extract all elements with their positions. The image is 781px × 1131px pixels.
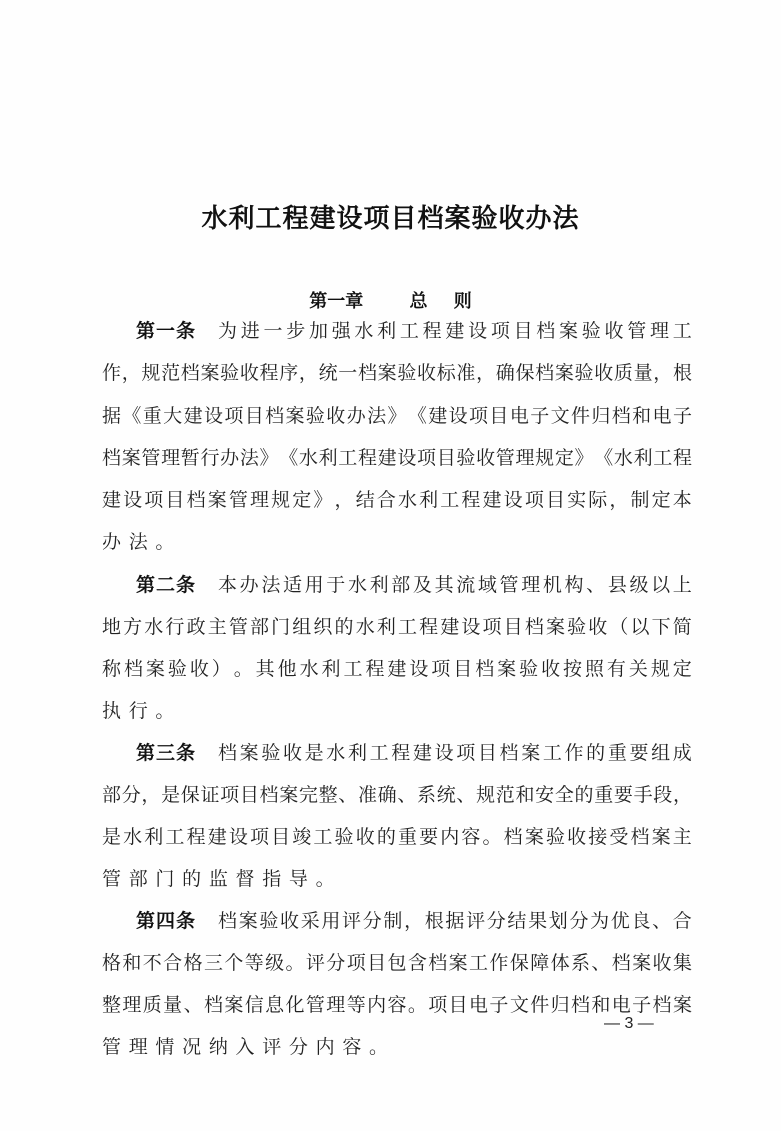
article-line: 执行。 <box>102 696 692 726</box>
article-line: 部分，是保证项目档案完整、准确、系统、规范和安全的重要手段， <box>102 780 692 810</box>
chapter-number: 第一章 <box>309 287 363 313</box>
article-label: 第四条 <box>136 906 196 936</box>
article-line: 第四条档案验收采用评分制，根据评分结果划分为优良、合 <box>136 906 692 936</box>
document-title: 水利工程建设项目档案验收办法 <box>0 198 781 235</box>
article-label: 第三条 <box>136 738 196 768</box>
article-line: 建设项目档案管理规定》，结合水利工程建设项目实际，制定本 <box>102 485 692 515</box>
article-line: 管部门的监督指导。 <box>102 864 692 894</box>
article-line: 第三条档案验收是水利工程建设项目档案工作的重要组成 <box>136 738 692 768</box>
chapter-heading: 第一章 总 则 <box>0 287 781 313</box>
article-line: 管理情况纳入评分内容。 <box>102 1032 692 1062</box>
article-line: 格和不合格三个等级。评分项目包含档案工作保障体系、档案收集 <box>102 948 692 978</box>
article-line: 第二条本办法适用于水利部及其流域管理机构、县级以上 <box>136 570 692 600</box>
article-line: 地方水行政主管部门组织的水利工程建设项目档案验收（以下简 <box>102 612 692 642</box>
chapter-name-1: 总 <box>410 287 428 313</box>
article-line: 是水利工程建设项目竣工验收的重要内容。档案验收接受档案主 <box>102 822 692 852</box>
article-line: 办法。 <box>102 527 692 557</box>
article-label: 第二条 <box>136 570 196 600</box>
document-page: 水利工程建设项目档案验收办法 第一章 总 则 第一条为进一步加强水利工程建设项目… <box>0 0 781 1131</box>
article-line: 称档案验收）。其他水利工程建设项目档案验收按照有关规定 <box>102 654 692 684</box>
article-line: 档案管理暂行办法》《水利工程建设项目验收管理规定》《水利工程 <box>102 443 692 473</box>
article-line: 作，规范档案验收程序，统一档案验收标准，确保档案验收质量，根 <box>102 358 692 388</box>
page-number: — 3 — <box>604 1015 654 1033</box>
article-line: 据《重大建设项目档案验收办法》《建设项目电子文件归档和电子 <box>102 401 692 431</box>
article-line: 第一条为进一步加强水利工程建设项目档案验收管理工 <box>136 316 692 346</box>
chapter-name-2: 则 <box>454 287 472 313</box>
article-label: 第一条 <box>136 316 196 346</box>
